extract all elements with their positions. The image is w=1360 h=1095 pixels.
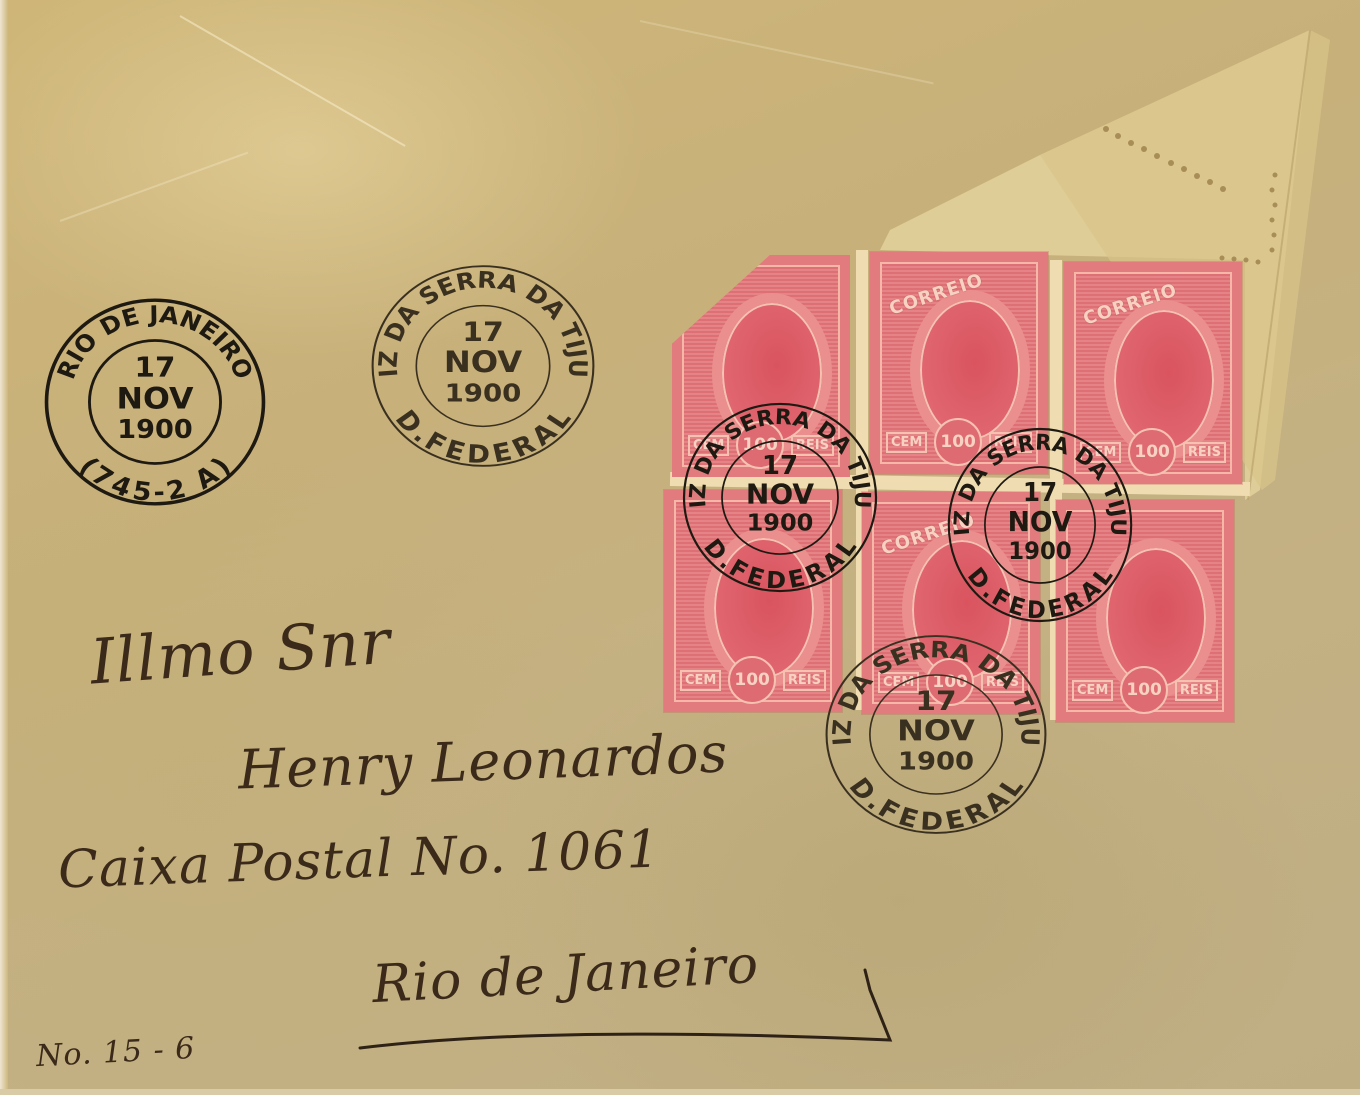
svg-text:1900: 1900 — [898, 748, 974, 776]
svg-text:1900: 1900 — [1008, 536, 1071, 565]
svg-text:NOV: NOV — [746, 478, 815, 511]
svg-text:1900: 1900 — [747, 509, 814, 537]
svg-text:D.FEDERAL: D.FEDERAL — [698, 533, 862, 594]
postal-cover: CEM100REIS CORREIO CEM100REIS CORREIO CE… — [0, 0, 1360, 1095]
cover-bottom-edge — [0, 1089, 1360, 1095]
svg-text:D.FEDERAL: D.FEDERAL — [962, 562, 1118, 625]
paper-crease — [180, 15, 406, 147]
svg-text:D.FEDERAL: D.FEDERAL — [842, 773, 1030, 837]
postmark-serra-da-tijuca: RAIZ DA SERRA DA TIJUCAD.FEDERAL17NOV190… — [368, 262, 598, 470]
address-postal-box: Caixa Postal No. 1061 — [57, 820, 661, 901]
postmark-serra-da-tijuca: RAIZ DA SERRA DA TIJUCAD.FEDERAL17NOV190… — [822, 632, 1050, 837]
svg-text:D.FEDERAL: D.FEDERAL — [389, 405, 578, 470]
address-salutation: Illmo Snr — [88, 605, 393, 699]
postmark-serra-da-tijuca: RAIZ DA SERRA DA TIJUCAD.FEDERAL17NOV190… — [680, 400, 880, 595]
svg-text:17: 17 — [135, 351, 176, 383]
postmark-serra-da-tijuca: RAIZ DA SERRA DA TIJUCAD.FEDERAL17NOV190… — [945, 425, 1135, 625]
svg-text:17: 17 — [1023, 476, 1057, 507]
svg-text:17: 17 — [462, 316, 504, 347]
postmark-rio-de-janeiro: RIO DE JANEIRO(745-2 A)17NOV1900 — [42, 296, 268, 508]
svg-text:17: 17 — [915, 685, 956, 716]
catalog-annotation: No. 15 - 6 — [35, 1031, 196, 1074]
paper-crease — [640, 20, 934, 84]
svg-text:(745-2 A): (745-2 A) — [73, 452, 238, 507]
svg-text:NOV: NOV — [897, 715, 975, 748]
svg-text:NOV: NOV — [1008, 506, 1073, 538]
svg-text:NOV: NOV — [117, 382, 194, 416]
svg-text:1900: 1900 — [117, 416, 192, 445]
svg-text:NOV: NOV — [444, 347, 523, 380]
address-name: Henry Leonardos — [237, 721, 729, 801]
cover-left-edge — [0, 0, 8, 1095]
svg-text:1900: 1900 — [445, 380, 522, 408]
paper-crease — [60, 152, 249, 222]
address-underline — [350, 930, 910, 1070]
svg-text:17: 17 — [762, 451, 798, 481]
